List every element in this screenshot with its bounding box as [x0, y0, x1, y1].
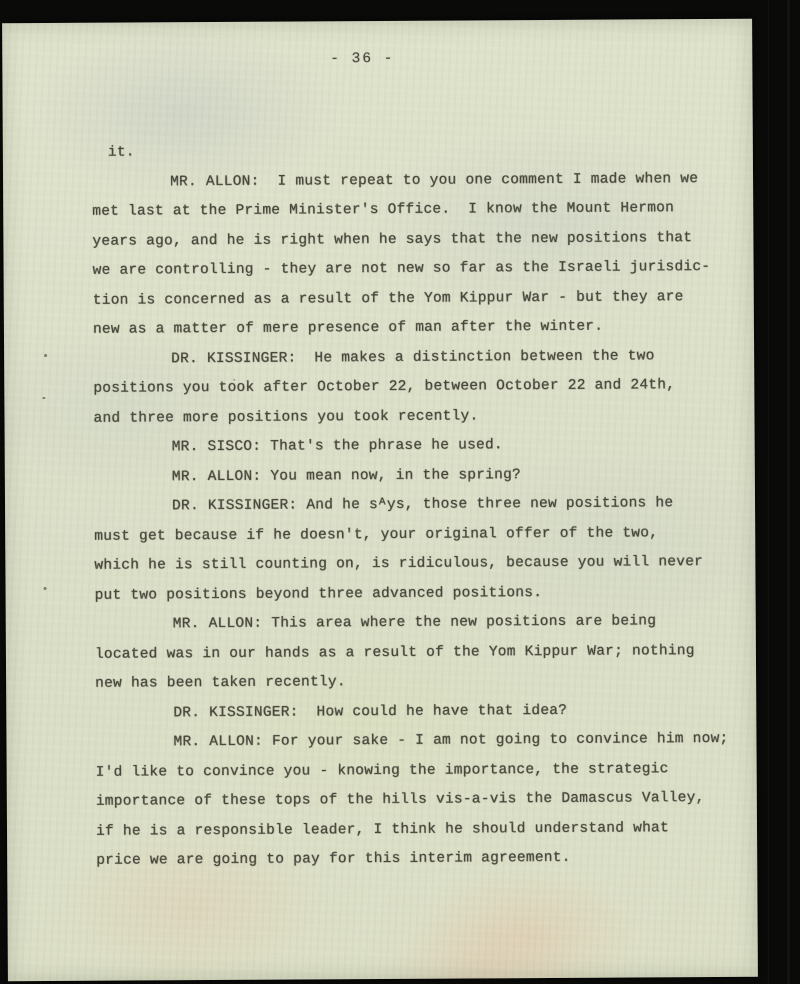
text-line: MR. SISCO: That's the phrase he used. — [94, 430, 719, 463]
text-line: DR. KISSINGER: He makes a distinction be… — [93, 341, 718, 374]
text-line: MR. ALLON: This area where the new posit… — [95, 607, 720, 640]
scanner-border-streak — [768, 0, 769, 984]
paper-speck — [42, 397, 45, 399]
text-line: tion is concerned as a result of the Yom… — [93, 282, 718, 315]
text-line: met last at the Prime Minister's Office.… — [92, 194, 717, 227]
text-line: must get because if he doesn't, your ori… — [94, 518, 719, 551]
text-line: MR. ALLON: You mean now, in the spring? — [94, 459, 719, 492]
text-line: price we are going to pay for this inter… — [96, 843, 721, 876]
page-number: - 36 - — [302, 51, 422, 68]
scanned-document-screenshot: { "colors": { "paper": "#dfe2cb", "paper… — [0, 0, 800, 984]
text-line: which he is still counting on, is ridicu… — [94, 548, 719, 581]
text-line: DR. KISSINGER: How could he have that id… — [95, 695, 720, 728]
paper-speck — [44, 587, 47, 590]
paper-speck — [233, 379, 235, 381]
text-line: DR. KISSINGER: And he sᴬys, those three … — [94, 489, 719, 522]
scanner-border-streak — [787, 0, 790, 984]
paper-speck — [44, 354, 47, 357]
document-lines: it.MR. ALLON: I must repeat to you one c… — [92, 135, 721, 876]
text-line: new as a matter of mere presence of man … — [93, 312, 718, 345]
text-line: located was in our hands as a result of … — [95, 636, 720, 669]
text-line: put two positions beyond three advanced … — [94, 577, 719, 610]
scan-page: - 36 - it.MR. ALLON: I must repeat to yo… — [2, 19, 758, 982]
text-line: and three more positions you took recent… — [93, 400, 718, 433]
text-line: positions you took after October 22, bet… — [93, 371, 718, 404]
text-line: it. — [92, 135, 717, 168]
text-line: we are controlling - they are not new so… — [93, 253, 718, 286]
text-line: years ago, and he is right when he says … — [92, 223, 717, 256]
text-line: importance of these tops of the hills vi… — [96, 784, 721, 817]
text-line: MR. ALLON: For your sake - I am not goin… — [95, 725, 720, 758]
text-line: MR. ALLON: I must repeat to you one comm… — [92, 164, 717, 197]
text-line: if he is a responsible leader, I think h… — [96, 813, 721, 846]
text-line: new has been taken recently. — [95, 666, 720, 699]
text-line: I'd like to convince you - knowing the i… — [96, 754, 721, 787]
